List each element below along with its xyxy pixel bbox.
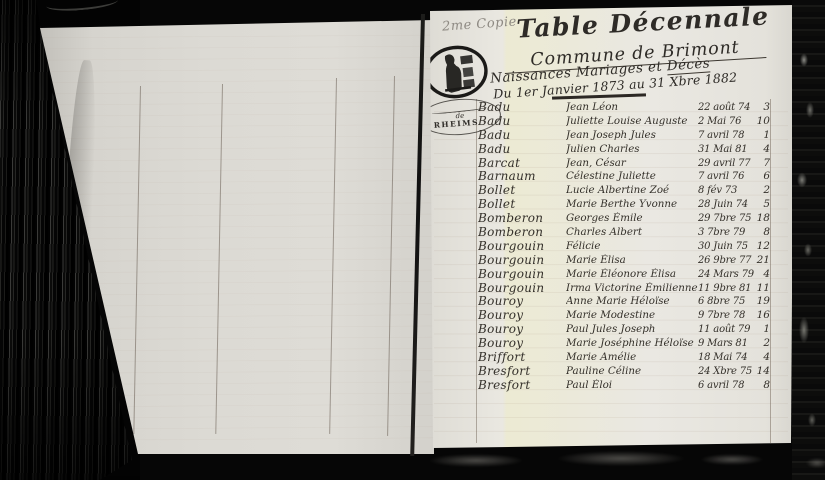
act-number-cell: 3: [756, 101, 770, 115]
table-row: Badu Jean Léon 22 août 74 3: [478, 101, 770, 115]
date-cell: 6 8bre 75: [698, 295, 756, 309]
date-cell: 24 Mars 79: [698, 268, 756, 282]
table-row: Bomberon Charles Albert 3 7bre 79 8: [478, 226, 770, 240]
date-cell: 11 9bre 81: [698, 282, 756, 296]
date-cell: 28 Juin 74: [698, 198, 756, 212]
date-cell: 30 Juin 75: [698, 240, 756, 254]
right-page-edges: [792, 0, 825, 480]
given-names-cell: Paul Jules Joseph: [566, 323, 698, 337]
surname-cell: Bourgouin: [478, 254, 566, 268]
surname-cell: Barcat: [478, 157, 566, 171]
given-names-cell: Lucie Albertine Zoé: [566, 184, 698, 198]
surname-cell: Barnaum: [478, 170, 566, 184]
act-number-cell: 4: [756, 351, 770, 365]
act-number-cell: 2: [756, 184, 770, 198]
table-row: Briffort Marie Amélie 18 Mai 74 4: [478, 351, 770, 365]
surname-cell: Bouroy: [478, 337, 566, 351]
archive-figure-stamp: [420, 41, 492, 103]
date-cell: 7 avril 76: [698, 170, 756, 184]
act-number-cell: 2: [756, 337, 770, 351]
act-number-cell: 11: [756, 282, 770, 296]
table-row: Bresfort Paul Éloi 6 avril 78 8: [478, 379, 770, 393]
table-row: Barnaum Célestine Juliette 7 avril 76 6: [478, 170, 770, 184]
table-row: Bouroy Marie Joséphine Héloïse 9 Mars 81…: [478, 337, 770, 351]
table-row: Bouroy Paul Jules Joseph 11 août 79 1: [478, 323, 770, 337]
date-cell: 29 7bre 75: [698, 212, 756, 226]
date-cell: 22 août 74: [698, 101, 756, 115]
act-number-cell: 14: [756, 365, 770, 379]
date-cell: 3 7bre 79: [698, 226, 756, 240]
surname-cell: Bouroy: [478, 323, 566, 337]
given-names-cell: Marie Amélie: [566, 351, 698, 365]
date-cell: 7 avril 78: [698, 129, 756, 143]
act-number-cell: 5: [756, 198, 770, 212]
table-row: Bouroy Anne Marie Héloïse 6 8bre 75 19: [478, 295, 770, 309]
given-names-cell: Félicie: [566, 240, 698, 254]
given-names-cell: Jean Léon: [566, 101, 698, 115]
scan-smudge: [806, 458, 825, 468]
given-names-cell: Jean Joseph Jules: [566, 129, 698, 143]
date-cell: 31 Mai 81: [698, 143, 756, 157]
given-names-cell: Marie Éléonore Élisa: [566, 268, 698, 282]
table-row: Bourgouin Marie Élisa 26 9bre 77 21: [478, 254, 770, 268]
act-number-cell: 21: [756, 254, 770, 268]
table-row: Barcat Jean, César 29 avril 77 7: [478, 157, 770, 171]
surname-cell: Bourgouin: [478, 282, 566, 296]
act-number-cell: 6: [756, 170, 770, 184]
given-names-cell: Marie Élisa: [566, 254, 698, 268]
surname-cell: Bresfort: [478, 379, 566, 393]
table-row: Bourgouin Marie Éléonore Élisa 24 Mars 7…: [478, 268, 770, 282]
surname-cell: Bomberon: [478, 212, 566, 226]
act-number-cell: 16: [756, 309, 770, 323]
given-names-cell: Irma Victorine Émilienne: [566, 282, 698, 296]
figure-stamp-icon: [420, 41, 492, 103]
date-cell: 8 fév 73: [698, 184, 756, 198]
surname-cell: Bourgouin: [478, 240, 566, 254]
surname-cell: Badu: [478, 143, 566, 157]
scan-smudge: [428, 454, 524, 467]
given-names-cell: Juliette Louise Auguste: [566, 115, 698, 129]
date-cell: 11 août 79: [698, 323, 756, 337]
act-number-cell: 4: [756, 143, 770, 157]
date-cell: 9 Mars 81: [698, 337, 756, 351]
given-names-cell: Célestine Juliette: [566, 170, 698, 184]
surname-cell: Bomberon: [478, 226, 566, 240]
given-names-cell: Jean, César: [566, 157, 698, 171]
surname-cell: Bouroy: [478, 309, 566, 323]
given-names-cell: Charles Albert: [566, 226, 698, 240]
surname-cell: Bourgouin: [478, 268, 566, 282]
date-cell: 9 7bre 78: [698, 309, 756, 323]
given-names-cell: Marie Modestine: [566, 309, 698, 323]
act-number-cell: 1: [756, 129, 770, 143]
act-number-cell: 4: [756, 268, 770, 282]
date-cell: 24 Xbre 75: [698, 365, 756, 379]
scan-smudge: [556, 451, 686, 466]
given-names-cell: Georges Émile: [566, 212, 698, 226]
scan-smudge: [700, 454, 764, 465]
date-cell: 26 9bre 77: [698, 254, 756, 268]
surname-cell: Bollet: [478, 198, 566, 212]
table-row: Badu Juliette Louise Auguste 2 Mai 76 10: [478, 115, 770, 129]
copy-annotation: 2me Copie: [442, 14, 518, 34]
surname-cell: Briffort: [478, 351, 566, 365]
table-row: Bollet Lucie Albertine Zoé 8 fév 73 2: [478, 184, 770, 198]
table-row: Badu Jean Joseph Jules 7 avril 78 1: [478, 129, 770, 143]
table-row: Bouroy Marie Modestine 9 7bre 78 16: [478, 309, 770, 323]
table-row: Bourgouin Félicie 30 Juin 75 12: [478, 240, 770, 254]
date-cell: 2 Mai 76: [698, 115, 756, 129]
surname-cell: Badu: [478, 129, 566, 143]
scanned-register-spread: 2me Copie Table Décennale Commune de Bri…: [0, 0, 825, 480]
surname-cell: Badu: [478, 101, 566, 115]
date-cell: 6 avril 78: [698, 379, 756, 393]
table-row: Bresfort Pauline Céline 24 Xbre 75 14: [478, 365, 770, 379]
given-names-cell: Julien Charles: [566, 143, 698, 157]
date-cell: 29 avril 77: [698, 157, 756, 171]
surname-cell: Badu: [478, 115, 566, 129]
right-table-page: 2me Copie Table Décennale Commune de Bri…: [430, 5, 794, 448]
given-names-cell: Paul Éloi: [566, 379, 698, 393]
given-names-cell: Marie Berthe Yvonne: [566, 198, 698, 212]
table-row: Bomberon Georges Émile 29 7bre 75 18: [478, 212, 770, 226]
given-names-cell: Marie Joséphine Héloïse: [566, 337, 698, 351]
surname-cell: Bresfort: [478, 365, 566, 379]
table-row: Bollet Marie Berthe Yvonne 28 Juin 74 5: [478, 198, 770, 212]
act-number-cell: 8: [756, 379, 770, 393]
act-number-cell: 7: [756, 157, 770, 171]
given-names-cell: Pauline Céline: [566, 365, 698, 379]
act-number-cell: 18: [756, 212, 770, 226]
act-number-cell: 1: [756, 323, 770, 337]
table-row: Bourgouin Irma Victorine Émilienne 11 9b…: [478, 282, 770, 296]
act-number-cell: 12: [756, 240, 770, 254]
act-number-cell: 10: [756, 115, 770, 129]
act-number-cell: 19: [756, 295, 770, 309]
act-number-cell: 8: [756, 226, 770, 240]
surname-cell: Bollet: [478, 184, 566, 198]
decennial-table: Badu Jean Léon 22 août 74 3 Badu Juliett…: [478, 101, 770, 393]
given-names-cell: Anne Marie Héloïse: [566, 295, 698, 309]
table-row: Badu Julien Charles 31 Mai 81 4: [478, 143, 770, 157]
date-cell: 18 Mai 74: [698, 351, 756, 365]
surname-cell: Bouroy: [478, 295, 566, 309]
